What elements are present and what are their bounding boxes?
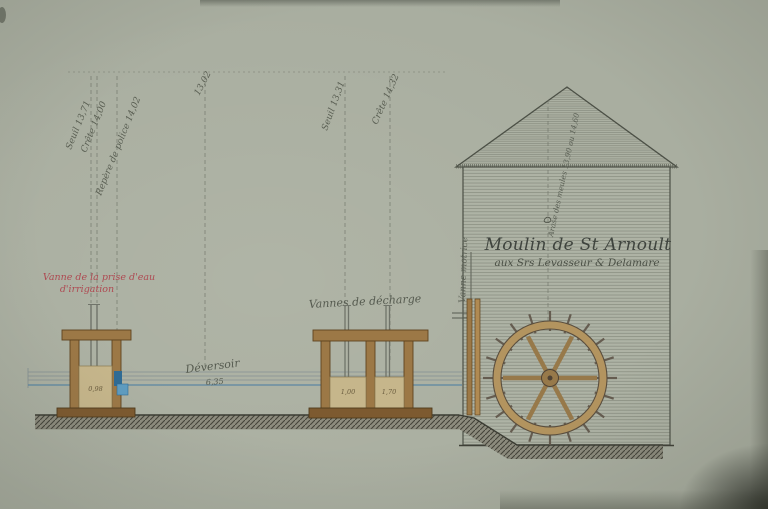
photo-shading [0, 0, 768, 509]
scanned-mill-drawing: Moulin de St Arnoult aux Srs Levasseur &… [0, 0, 768, 509]
